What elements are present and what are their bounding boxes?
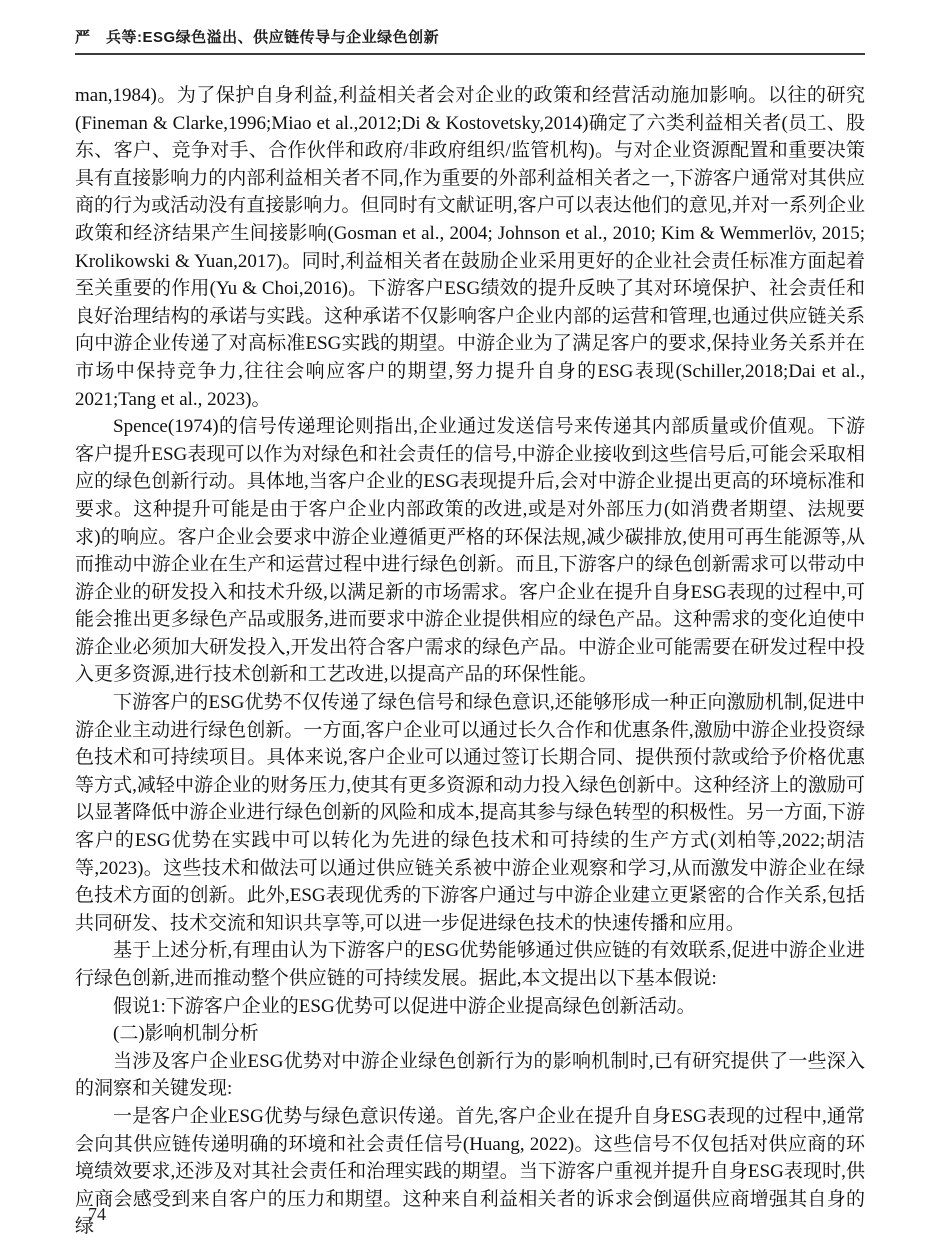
running-header: 严 兵等:ESG绿色溢出、供应链传导与企业绿色创新 [75, 26, 865, 55]
paragraph-analysis-summary: 基于上述分析,有理由认为下游客户的ESG优势能够通过供应链的有效联系,促进中游企… [75, 937, 865, 992]
paragraph-incentive-mechanism: 下游客户的ESG优势不仅传递了绿色信号和绿色意识,还能够形成一种正向激励机制,促… [75, 689, 865, 937]
paragraph-mechanism-intro: 当涉及客户企业ESG优势对中游企业绿色创新行为的影响机制时,已有研究提供了一些深… [75, 1048, 865, 1103]
running-title: 严 兵等:ESG绿色溢出、供应链传导与企业绿色创新 [75, 29, 439, 46]
section-heading-mechanism-analysis: (二)影响机制分析 [75, 1020, 865, 1048]
paper-page: 严 兵等:ESG绿色溢出、供应链传导与企业绿色创新 man,1984)。为了保护… [0, 0, 937, 1249]
article-body: man,1984)。为了保护自身利益,利益相关者会对企业的政策和经营活动施加影响… [75, 82, 865, 1241]
paragraph-hypothesis-1: 假说1:下游客户企业的ESG优势可以促进中游企业提高绿色创新活动。 [75, 993, 865, 1021]
paragraph-green-awareness-transfer: 一是客户企业ESG优势与绿色意识传递。首先,客户企业在提升自身ESG表现的过程中… [75, 1103, 865, 1241]
page-number: 74 [88, 1204, 106, 1225]
paragraph-signaling-theory: Spence(1974)的信号传递理论则指出,企业通过发送信号来传递其内部质量或… [75, 413, 865, 689]
paragraph-continuation: man,1984)。为了保护自身利益,利益相关者会对企业的政策和经营活动施加影响… [75, 82, 865, 413]
